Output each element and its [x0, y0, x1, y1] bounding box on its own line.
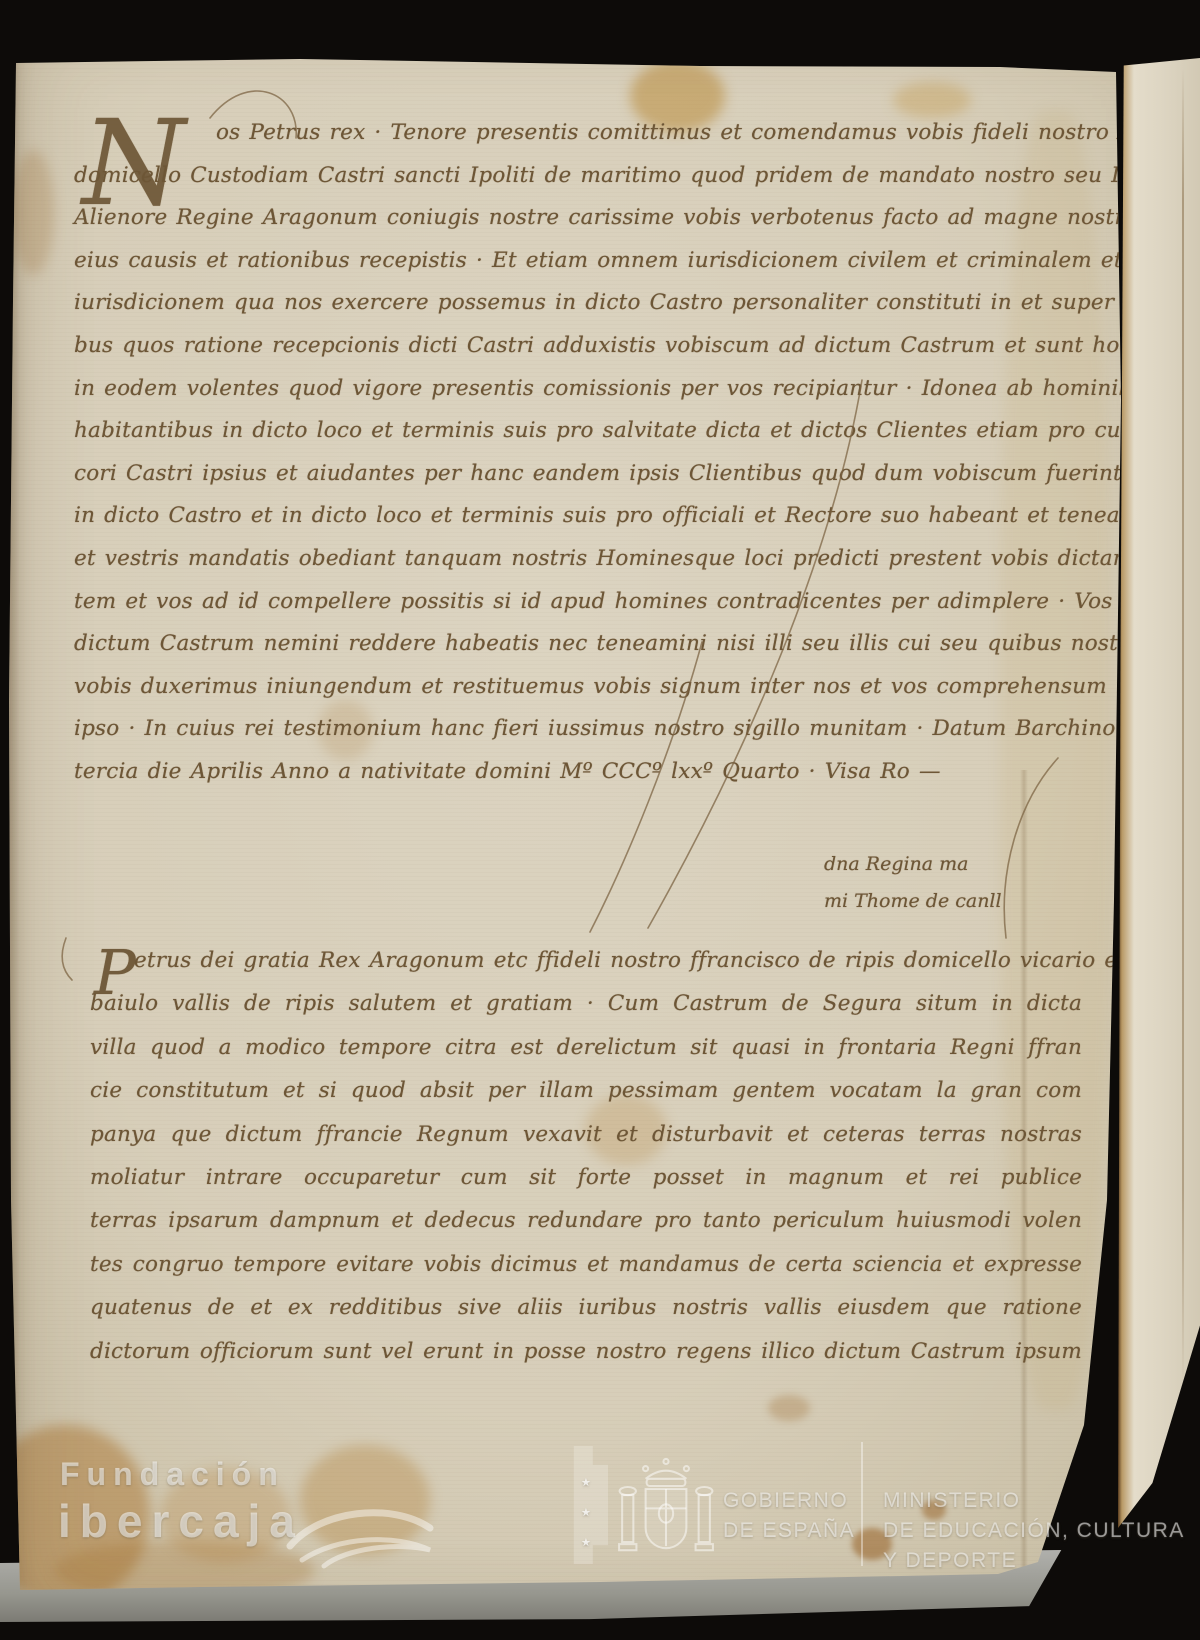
manuscript-photo: N os Petrus rex · Tenore presentis comit… — [0, 0, 1200, 1640]
manuscript-line: etrus dei gratia Rex Aragonum etc ffidel… — [90, 948, 1082, 991]
flag-stars-badge-icon: ★ ★ ★ — [570, 1446, 608, 1564]
manuscript-line: domicello Custodiam Castri sancti Ipolit… — [74, 163, 1080, 206]
page-edge-line — [1182, 68, 1184, 1388]
manuscript-line: dictorum officiorum sunt vel erunt in po… — [90, 1339, 1082, 1382]
manuscript-line: bus quos ratione recepcionis dicti Castr… — [74, 333, 1080, 376]
manuscript-line: tem et vos ad id compellere possitis si … — [74, 589, 1080, 632]
manuscript-line: cori Castri ipsius et aiudantes per hanc… — [74, 461, 1080, 504]
star-icon: ★ — [581, 1498, 592, 1528]
manuscript-line: os Petrus rex · Tenore presentis comitti… — [74, 120, 1080, 163]
gobierno-line: GOBIERNO — [723, 1486, 855, 1516]
ibercaja-swoosh-icon — [280, 1494, 440, 1584]
letter-1-text-block: os Petrus rex · Tenore presentis comitti… — [74, 120, 1080, 802]
watermark-gobierno: ★ ★ ★ GOBIERNO DE ESPAÑA MINISTERIO DE E… — [565, 1438, 1185, 1588]
manuscript-line: quatenus de et ex redditibus sive aliis … — [90, 1295, 1082, 1338]
manuscript-line: iurisdicionem qua nos exercere possemus … — [74, 290, 1080, 333]
star-icon: ★ — [581, 1468, 592, 1498]
gobierno-line: DE ESPAÑA — [723, 1516, 855, 1546]
spain-coat-of-arms-icon — [615, 1454, 717, 1572]
manuscript-line: ipso · In cuius rei testimonium hanc fie… — [74, 716, 1080, 759]
manuscript-line: in dicto Castro et in dicto loco et term… — [74, 503, 1080, 546]
manuscript-line: dictum Castrum nemini reddere habeatis n… — [74, 631, 1080, 674]
manuscript-line: terras ipsarum dampnum et dedecus redund… — [90, 1208, 1082, 1251]
manuscript-line: villa quod a modico tempore citra est de… — [90, 1035, 1082, 1078]
gobierno-label: GOBIERNO DE ESPAÑA — [723, 1486, 855, 1546]
note-line: dna Regina ma — [824, 846, 1034, 883]
ministerio-line: MINISTERIO — [883, 1486, 1185, 1516]
manuscript-line: baiulo vallis de ripis salutem et gratia… — [90, 991, 1082, 1034]
watermark-divider — [861, 1442, 863, 1566]
note-line: mi Thome de canll — [824, 883, 1034, 920]
ministerio-label: MINISTERIO DE EDUCACIÓN, CULTURA Y DEPOR… — [883, 1486, 1185, 1576]
manuscript-line: Alienore Regine Aragonum coniugis nostre… — [74, 205, 1080, 248]
watermark-ibercaja: Fundación ibercaja — [52, 1450, 482, 1590]
manuscript-line: vobis duxerimus iniungendum et restituem… — [74, 674, 1080, 717]
manuscript-line: habitantibus in dicto loco et terminis s… — [74, 418, 1080, 461]
manuscript-line: tercia die Aprilis Anno a nativitate dom… — [74, 759, 1080, 802]
ministerio-line: Y DEPORTE — [883, 1546, 1185, 1576]
ministerio-line: DE EDUCACIÓN, CULTURA — [883, 1516, 1185, 1546]
star-icon: ★ — [581, 1528, 592, 1558]
manuscript-line: in eodem volentes quod vigore presentis … — [74, 376, 1080, 419]
manuscript-line: cie constitutum et si quod absit per ill… — [90, 1078, 1082, 1121]
ibercaja-foundation-label: Fundación — [60, 1456, 285, 1493]
manuscript-line: tes congruo tempore evitare vobis dicimu… — [90, 1252, 1082, 1295]
manuscript-page: N os Petrus rex · Tenore presentis comit… — [0, 0, 1200, 1640]
manuscript-line: moliatur intrare occuparetur cum sit for… — [90, 1165, 1082, 1208]
ibercaja-brand-label: ibercaja — [58, 1494, 304, 1548]
letter-2-text-block: etrus dei gratia Rex Aragonum etc ffidel… — [90, 948, 1082, 1382]
manuscript-line: eius causis et rationibus recepistis · E… — [74, 248, 1080, 291]
next-pages-fore-edge — [1118, 58, 1200, 1558]
manuscript-line: panya que dictum ffrancie Regnum vexavit… — [90, 1122, 1082, 1165]
chancery-note: dna Regina ma mi Thome de canll — [824, 846, 1034, 920]
manuscript-line: et vestris mandatis obediant tanquam nos… — [74, 546, 1080, 589]
